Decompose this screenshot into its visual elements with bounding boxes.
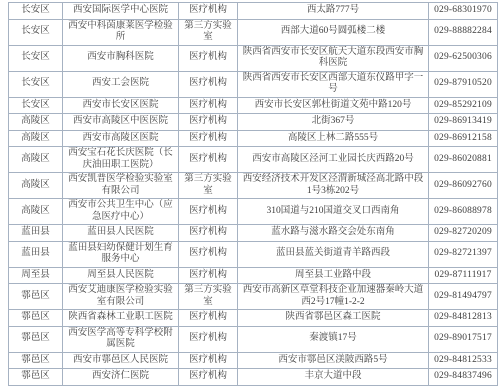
table-row: 周至县 周至县人民医院 医疗机构 周至县工业路中段 029-87111917 <box>9 267 498 284</box>
address-cell: 周至县工业路中段 <box>238 267 429 284</box>
table-row: 长安区 西安市长安区医院 医疗机构 西安市长安区郭杜街道文苑中路120号 029… <box>9 97 498 114</box>
facility-name-cell: 西安市胸科医院 <box>63 45 179 71</box>
facility-name-cell: 周至县人民医院 <box>63 267 179 284</box>
address-cell: 西安经济技术开发区泾渭新城泾高北路中段1号3栋202号 <box>238 173 429 199</box>
facility-type-cell: 医疗机构 <box>179 241 238 267</box>
facility-name-cell: 西安市长安区医院 <box>63 97 179 114</box>
facilities-table-body: 长安区 西安国际医学中心医院 医疗机构 西太路777号 029-68301970… <box>9 3 498 294</box>
phone-cell: 029-62500306 <box>429 45 498 71</box>
table-row: 长安区 西安中科茵康莱医学检验所 第三方实验室 西部大道60号圆弧楼二楼 029… <box>9 19 498 45</box>
district-cell: 蓝田县 <box>9 241 63 267</box>
facility-type-cell: 医疗机构 <box>179 130 238 147</box>
address-cell: 西安市长安区郭杜街道文苑中路120号 <box>238 97 429 114</box>
facility-name-cell: 西安国际医学中心医院 <box>63 3 179 20</box>
phone-cell: 029-87111917 <box>429 267 498 284</box>
facility-type-cell: 医疗机构 <box>179 45 238 71</box>
district-cell: 高陵区 <box>9 114 63 131</box>
facility-type-cell: 医疗机构 <box>179 225 238 242</box>
facility-name-cell: 西安宝石花长庆医院（长庆油田职工医院） <box>63 147 179 173</box>
facility-name-cell: 西安工会医院 <box>63 71 179 97</box>
address-cell: 陕西省西安市长安区西部大道东仪路甲字一号 <box>238 71 429 97</box>
district-cell: 长安区 <box>9 71 63 97</box>
phone-cell: 029-82720209 <box>429 225 498 242</box>
facility-type-cell: 医疗机构 <box>179 3 238 20</box>
phone-cell: 029-82721397 <box>429 241 498 267</box>
facility-type-cell: 医疗机构 <box>179 114 238 131</box>
district-cell: 鄠邑区 <box>9 284 63 294</box>
table-row: 长安区 西安工会医院 医疗机构 陕西省西安市长安区西部大道东仪路甲字一号 029… <box>9 71 498 97</box>
facility-name-cell: 蓝田县人民医院 <box>63 225 179 242</box>
facility-type-cell: 医疗机构 <box>179 147 238 173</box>
address-cell: 西部大道60号圆弧楼二楼 <box>238 19 429 45</box>
phone-cell: 029-68301970 <box>429 3 498 20</box>
table-row: 长安区 西安国际医学中心医院 医疗机构 西太路777号 029-68301970 <box>9 3 498 20</box>
address-cell: 西太路777号 <box>238 3 429 20</box>
facility-name-cell: 西安艾迪康医学检验实验室有限公司 <box>63 284 179 294</box>
address-cell: 高陵区上林二路555号 <box>238 130 429 147</box>
address-cell: 蓝水路与滋水路交会处东南角 <box>238 225 429 242</box>
table-row: 高陵区 西安市高陵区医院 医疗机构 高陵区上林二路555号 029-869121… <box>9 130 498 147</box>
district-cell: 高陵区 <box>9 173 63 199</box>
table-row: 高陵区 西安市高陵区中医医院 医疗机构 北街367号 029-86913419 <box>9 114 498 131</box>
table-row: 蓝田县 蓝田县妇幼保健计划生育服务中心 医疗机构 蓝田县蓝关街道青羊路西段 02… <box>9 241 498 267</box>
phone-cell: 029-86912158 <box>429 130 498 147</box>
district-cell: 长安区 <box>9 97 63 114</box>
facility-name-cell: 西安市高陵区中医医院 <box>63 114 179 131</box>
phone-cell: 029-86913419 <box>429 114 498 131</box>
facility-type-cell: 医疗机构 <box>179 71 238 97</box>
address-cell: 蓝田县蓝关街道青羊路西段 <box>238 241 429 267</box>
facility-type-cell: 第三方实验室 <box>179 19 238 45</box>
phone-cell: 029-81494797 <box>429 284 498 294</box>
district-cell: 高陵区 <box>9 147 63 173</box>
facility-name-cell: 西安凯普医学检验实验室有限公司 <box>63 173 179 199</box>
table-row: 高陵区 西安宝石花长庆医院（长庆油田职工医院） 医疗机构 西安市高陵区泾河工业园… <box>9 147 498 173</box>
facility-type-cell: 医疗机构 <box>179 199 238 225</box>
address-cell: 西安市高陵区泾河工业园长庆西路20号 <box>238 147 429 173</box>
facility-name-cell: 西安市高陵区医院 <box>63 130 179 147</box>
phone-cell: 029-86092760 <box>429 173 498 199</box>
phone-cell: 029-86088978 <box>429 199 498 225</box>
facility-name-cell: 西安中科茵康莱医学检验所 <box>63 19 179 45</box>
facility-name-cell: 西安市公共卫生中心（应急医疗中心） <box>63 199 179 225</box>
district-cell: 高陵区 <box>9 199 63 225</box>
facilities-table: 长安区 西安国际医学中心医院 医疗机构 西太路777号 029-68301970… <box>8 2 498 293</box>
facility-type-cell: 医疗机构 <box>179 267 238 284</box>
address-cell: 西安市高新区草堂科技企业加速器秦岭大道西2号17幢1-2-2 <box>238 284 429 294</box>
phone-cell: 029-88882284 <box>429 19 498 45</box>
district-cell: 长安区 <box>9 19 63 45</box>
facility-type-cell: 第三方实验室 <box>179 284 238 294</box>
district-cell: 蓝田县 <box>9 225 63 242</box>
table-row: 长安区 西安市胸科医院 医疗机构 陕西省西安市长安区航天大道东段西安市胸科医院 … <box>9 45 498 71</box>
phone-cell: 029-86020881 <box>429 147 498 173</box>
address-cell: 310国道与210国道交叉口西南角 <box>238 199 429 225</box>
facility-type-cell: 第三方实验室 <box>179 173 238 199</box>
phone-cell: 029-85292109 <box>429 97 498 114</box>
facility-name-cell: 蓝田县妇幼保健计划生育服务中心 <box>63 241 179 267</box>
district-cell: 周至县 <box>9 267 63 284</box>
table-row: 高陵区 西安市公共卫生中心（应急医疗中心） 医疗机构 310国道与210国道交叉… <box>9 199 498 225</box>
district-cell: 长安区 <box>9 45 63 71</box>
address-cell: 北街367号 <box>238 114 429 131</box>
table-row: 蓝田县 蓝田县人民医院 医疗机构 蓝水路与滋水路交会处东南角 029-82720… <box>9 225 498 242</box>
address-cell: 陕西省西安市长安区航天大道东段西安市胸科医院 <box>238 45 429 71</box>
table-row: 鄠邑区 西安艾迪康医学检验实验室有限公司 第三方实验室 西安市高新区草堂科技企业… <box>9 284 498 294</box>
facility-type-cell: 医疗机构 <box>179 97 238 114</box>
district-cell: 高陵区 <box>9 130 63 147</box>
table-row: 高陵区 西安凯普医学检验实验室有限公司 第三方实验室 西安经济技术开发区泾渭新城… <box>9 173 498 199</box>
facilities-table-container: 长安区 西安国际医学中心医院 医疗机构 西太路777号 029-68301970… <box>8 2 497 293</box>
district-cell: 长安区 <box>9 3 63 20</box>
phone-cell: 029-87910520 <box>429 71 498 97</box>
